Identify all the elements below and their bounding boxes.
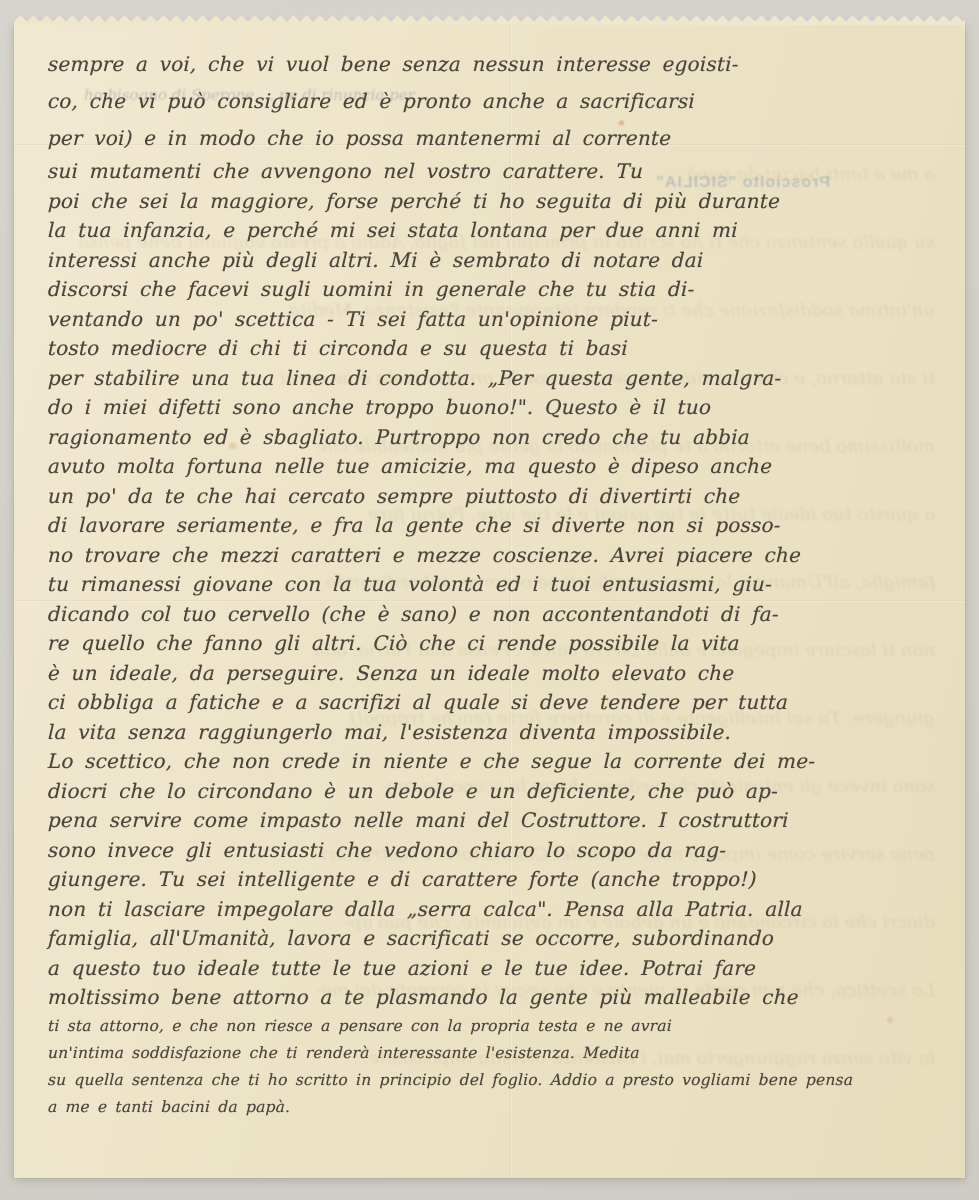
letter-line: no trovare che mezzi caratteri e mezze c… — [47, 541, 945, 571]
letter-line: a questo tuo ideale tutte le tue azioni … — [47, 954, 945, 984]
paper-stain — [886, 1016, 894, 1024]
letter-line: poi che sei la maggiore, forse perché ti… — [47, 187, 945, 217]
letter-line: famiglia, all'Umanità, lavora e sacrific… — [47, 924, 945, 954]
letter-line: avuto molta fortuna nelle tue amicizie, … — [47, 452, 945, 482]
letter-line: ti sta attorno, e che non riesce a pensa… — [48, 1013, 946, 1040]
letter-line: un po' da te che hai cercato sempre piut… — [47, 482, 945, 512]
letter-line: ventando un po' scettica - Ti sei fatta … — [47, 305, 945, 335]
letter-line: do i miei difetti sono anche troppo buon… — [47, 393, 945, 423]
paper-stain — [618, 120, 625, 126]
deckle-edge — [14, 15, 965, 25]
letter-line: interessi anche più degli altri. Mi è se… — [47, 246, 945, 276]
letter-page: ho bisogno di Sperone … ne di rinuncia p… — [14, 24, 965, 1178]
letter-line: diocri che lo circondano è un debole e u… — [47, 777, 945, 807]
letter-line: pena servire come impasto nelle mani del… — [47, 806, 945, 836]
letter-line: moltissimo bene attorno a te plasmando l… — [47, 983, 945, 1013]
scan-background: ho bisogno di Sperone … ne di rinuncia p… — [0, 0, 979, 1200]
letter-line: su quella sentenza che ti ho scritto in … — [48, 1067, 946, 1094]
letter-line: tosto mediocre di chi ti circonda e su q… — [47, 334, 945, 364]
letter-text: sempre a voi, che vi vuol bene senza nes… — [48, 46, 945, 1121]
letter-line: la vita senza raggiungerlo mai, l'esiste… — [47, 718, 945, 748]
letter-line: dicando col tuo cervello (che è sano) e … — [47, 600, 945, 630]
letter-line: la tua infanzia, e perché mi sei stata l… — [47, 216, 945, 246]
letter-line: discorsi che facevi sugli uomini in gene… — [47, 275, 945, 305]
letter-line: giungere. Tu sei intelligente e di carat… — [47, 865, 945, 895]
paper-stain — [228, 442, 238, 450]
letter-line: ci obbliga a fatiche e a sacrifizi al qu… — [47, 688, 945, 718]
letter-line: tu rimanessi giovane con la tua volontà … — [47, 570, 945, 600]
letter-line: a me e tanti bacini da papà. — [48, 1094, 946, 1121]
letter-line: è un ideale, da perseguire. Senza un ide… — [47, 659, 945, 689]
letter-line: non ti lasciare impegolare dalla „serra … — [47, 895, 945, 925]
letter-line: per voi) e in modo che io possa mantener… — [47, 120, 945, 157]
letter-line: per stabilire una tua linea di condotta.… — [47, 364, 945, 394]
letter-line: re quello che fanno gli altri. Ciò che c… — [47, 629, 945, 659]
letter-line: di lavorare seriamente, e fra la gente c… — [47, 511, 945, 541]
letter-line: ragionamento ed è sbagliato. Purtroppo n… — [47, 423, 945, 453]
letter-line: sono invece gli entusiasti che vedono ch… — [47, 836, 945, 866]
letter-line: sui mutamenti che avvengono nel vostro c… — [47, 157, 945, 187]
letter-line: sempre a voi, che vi vuol bene senza nes… — [47, 46, 945, 83]
letter-line: Lo scettico, che non crede in niente e c… — [47, 747, 945, 777]
letter-line: un'intima soddisfazione che ti renderà i… — [48, 1040, 946, 1067]
letter-line: co, che vi può consigliare ed è pronto a… — [47, 83, 945, 120]
